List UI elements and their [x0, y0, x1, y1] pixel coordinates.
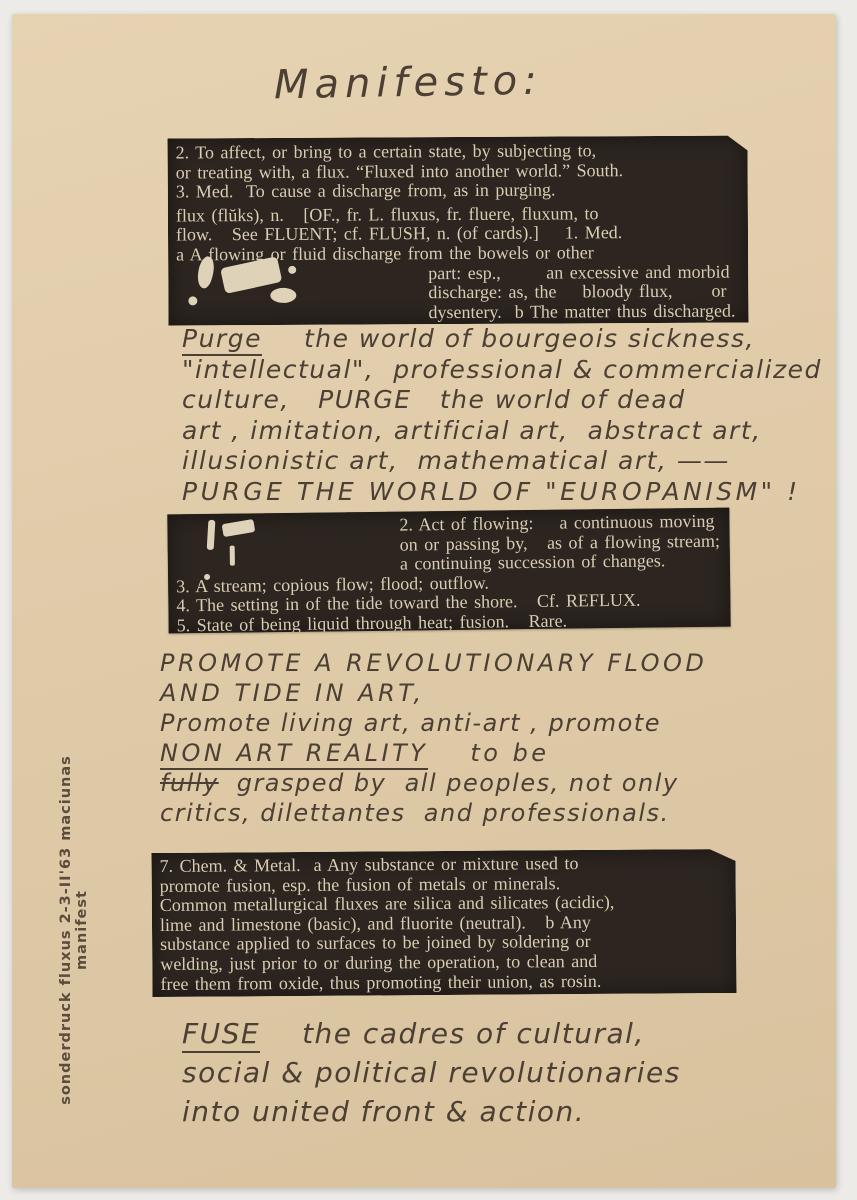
page-title: Manifesto: [274, 58, 543, 109]
torn-image-fragment [222, 519, 256, 537]
torn-image-fragment [230, 546, 235, 566]
handwriting-line: culture, PURGE the world of dead [182, 385, 822, 416]
handwriting-line: AND TIDE IN ART, [160, 678, 810, 708]
clipping-line: discharge: as, the bloody flux, or [428, 282, 740, 303]
manifesto-paper: Manifesto: 2. To affect, or bring to a c… [12, 14, 836, 1188]
torn-image-fragment [270, 288, 296, 303]
handwriting-text: to be [470, 739, 549, 767]
handwriting-line: "intellectual", professional & commercia… [182, 355, 822, 386]
underlined-phrase: NON ART REALITY [160, 739, 428, 770]
handwriting-line: FUSEthe cadres of cultural, [182, 1014, 802, 1053]
handwriting-line: critics, dilettantes and professionals. [160, 798, 810, 828]
clipping-line: dysentery. b The matter thus discharged. [428, 301, 740, 322]
underlined-word: Purge [182, 324, 262, 356]
underlined-word: FUSE [182, 1017, 260, 1053]
handwriting-text: grasped by all peoples, not only [237, 769, 679, 797]
handwriting-line: PURGE THE WORLD OF "EUROPANISM" ! [182, 477, 822, 508]
struck-word: fully [160, 769, 219, 797]
dictionary-clipping-2: 2. Act of flowing: a continuous moving o… [167, 508, 730, 634]
handwritten-fuse-section: FUSEthe cadres of cultural, social & pol… [182, 1014, 802, 1131]
torn-image-fragment [288, 266, 296, 274]
torn-image-fragment [207, 520, 216, 550]
torn-image-fragment [188, 296, 197, 305]
handwritten-promote-section: PROMOTE A REVOLUTIONARY FLOOD AND TIDE I… [160, 648, 810, 828]
clipping-line: free them from oxide, thus promoting the… [160, 971, 728, 995]
handwriting-line: into united front & action. [182, 1092, 802, 1131]
handwriting-text: the cadres of cultural, [302, 1017, 645, 1050]
dictionary-clipping-3: 7. Chem. & Metal. a Any substance or mix… [152, 849, 737, 997]
handwriting-line: Purgethe world of bourgeois sickness, [182, 324, 822, 355]
handwriting-line: Promote living art, anti-art , promote [160, 708, 810, 738]
handwriting-line: PROMOTE A REVOLUTIONARY FLOOD [160, 648, 810, 678]
manifesto-photo: Manifesto: 2. To affect, or bring to a c… [0, 0, 857, 1200]
handwriting-text: the world of bourgeois sickness, [304, 324, 755, 353]
side-edition-label: sonderdruck fluxus 2-3-II'63 maciunas ma… [58, 740, 90, 1120]
handwriting-line: social & political revolutionaries [182, 1053, 802, 1092]
torn-image-fragment [204, 574, 210, 580]
handwritten-purge-section: Purgethe world of bourgeois sickness, "i… [182, 324, 822, 507]
handwriting-line: NON ART REALITYto be [160, 738, 810, 768]
handwriting-line: fullygrasped by all peoples, not only [160, 768, 810, 798]
dictionary-clipping-1: 2. To affect, or bring to a certain stat… [168, 135, 749, 325]
handwriting-line: art , imitation, artificial art, abstrac… [182, 416, 822, 447]
handwriting-line: illusionistic art, mathematical art, —— [182, 446, 822, 477]
